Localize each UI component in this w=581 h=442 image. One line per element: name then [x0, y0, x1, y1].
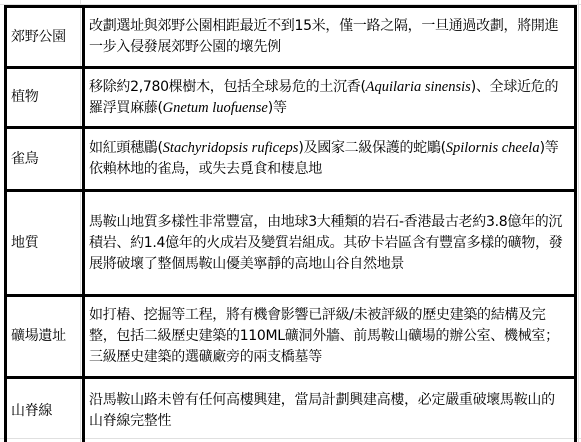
table-row: 地質 馬鞍山地質多樣性非常豐富，由地球3大種類的岩石-香港最古老約3.8億年的沉… [6, 191, 576, 296]
scientific-name: Stachyridopsis ruficeps [163, 140, 299, 156]
scientific-name: Aquilaria sinensis [366, 79, 471, 95]
description-text: 移除約2,780棵樹木，包括全球易危的土沉香( [89, 79, 366, 95]
category-cell[interactable]: 雀鳥 [6, 128, 84, 191]
scientific-name: Spilornis cheela [446, 140, 540, 156]
description-text: )及國家二級保護的蛇鵰( [298, 140, 445, 156]
gridline [578, 0, 579, 442]
impact-table: 郊野公園 改劃選址與郊野公園相距最近不到15米，僅一路之隔，一旦通過改劃，將開進… [4, 5, 577, 442]
category-cell[interactable]: 礦場遺址 [6, 296, 84, 378]
category-cell[interactable]: 山脊線 [6, 378, 84, 442]
description-text: )等 [268, 100, 287, 116]
description-text: 改劃選址與郊野公園相距最近不到15米，僅一路之隔，一旦通過改劃，將開進一步入侵發… [89, 18, 558, 55]
category-cell[interactable]: 郊野公園 [6, 7, 84, 68]
description-cell[interactable]: 移除約2,780棵樹木，包括全球易危的土沉香(Aquilaria sinensi… [84, 68, 576, 128]
description-text: 如紅頭穗鶥( [89, 140, 163, 156]
description-cell[interactable]: 改劃選址與郊野公園相距最近不到15米，僅一路之隔，一旦通過改劃，將開進一步入侵發… [84, 7, 576, 68]
description-cell[interactable]: 如紅頭穗鶥(Stachyridopsis ruficeps)及國家二級保護的蛇鵰… [84, 128, 576, 191]
description-text: 馬鞍山地質多樣性非常豐富，由地球3大種類的岩石-香港最古老約3.8億年的沉積岩、… [89, 214, 562, 272]
table-row: 山脊線 沿馬鞍山路未曾有任何高樓興建，當局計劃興建高樓，必定嚴重破壞馬鞍山的山脊… [6, 378, 576, 442]
category-cell[interactable]: 地質 [6, 191, 84, 296]
description-text: 沿馬鞍山路未曾有任何高樓興建，當局計劃興建高樓，必定嚴重破壞馬鞍山的山脊線完整性 [89, 392, 555, 429]
table-row: 植物 移除約2,780棵樹木，包括全球易危的土沉香(Aquilaria sine… [6, 68, 576, 128]
description-cell[interactable]: 沿馬鞍山路未曾有任何高樓興建，當局計劃興建高樓，必定嚴重破壞馬鞍山的山脊線完整性 [84, 378, 576, 442]
scientific-name: Gnetum luofuense [163, 100, 268, 116]
category-cell[interactable]: 植物 [6, 68, 84, 128]
table-row: 郊野公園 改劃選址與郊野公園相距最近不到15米，僅一路之隔，一旦通過改劃，將開進… [6, 7, 576, 68]
description-cell[interactable]: 如打樁、挖掘等工程，將有機會影響已評級/未被評級的歷史建築的結構及完整，包括二級… [84, 296, 576, 378]
table-row: 礦場遺址 如打樁、挖掘等工程，將有機會影響已評級/未被評級的歷史建築的結構及完整… [6, 296, 576, 378]
table-row: 雀鳥 如紅頭穗鶥(Stachyridopsis ruficeps)及國家二級保護… [6, 128, 576, 191]
description-text: 如打樁、挖掘等工程，將有機會影響已評級/未被評級的歷史建築的結構及完整，包括二級… [89, 307, 559, 365]
description-cell[interactable]: 馬鞍山地質多樣性非常豐富，由地球3大種類的岩石-香港最古老約3.8億年的沉積岩、… [84, 191, 576, 296]
